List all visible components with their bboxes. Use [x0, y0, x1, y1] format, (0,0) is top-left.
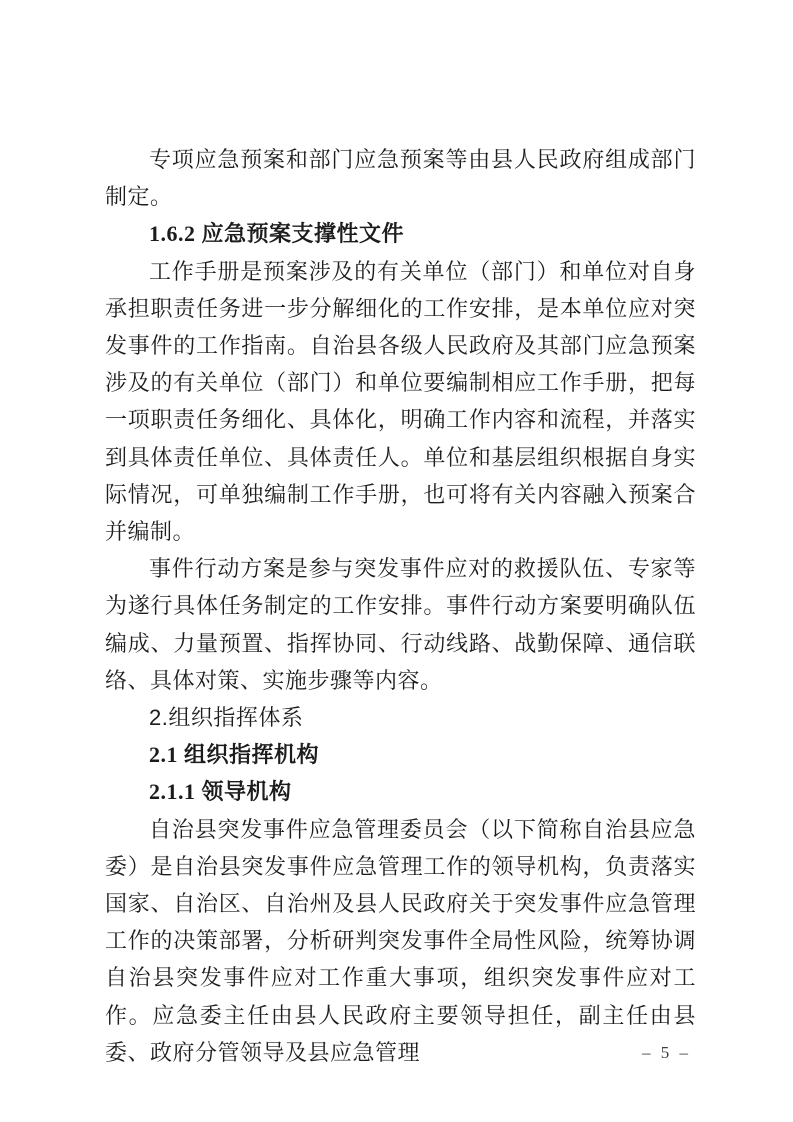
heading-2-command-system: 2.组织指挥体系 [105, 699, 696, 736]
paragraph-work-manual: 工作手册是预案涉及的有关单位（部门）和单位对自身承担职责任务进一步分解细化的工作… [105, 253, 696, 551]
paragraph-specialized-plans: 专项应急预案和部门应急预案等由县人民政府组成部门制定。 [105, 141, 696, 215]
heading-2-1-command-organization: 2.1 组织指挥机构 [105, 736, 696, 773]
page-number: – 5 – [642, 1042, 691, 1064]
document-content: 专项应急预案和部门应急预案等由县人民政府组成部门制定。 1.6.2 应急预案支撑… [105, 141, 696, 1071]
heading-2-1-1-leadership: 2.1.1 领导机构 [105, 773, 696, 810]
document-page: 专项应急预案和部门应急预案等由县人民政府组成部门制定。 1.6.2 应急预案支撑… [0, 0, 793, 1122]
heading-1-6-2-supporting-documents: 1.6.2 应急预案支撑性文件 [105, 215, 696, 252]
paragraph-incident-action-plan: 事件行动方案是参与突发事件应对的救援队伍、专家等为遂行具体任务制定的工作安排。事… [105, 550, 696, 699]
paragraph-emergency-committee: 自治县突发事件应急管理委员会（以下简称自治县应急委）是自治县突发事件应急管理工作… [105, 811, 696, 1071]
